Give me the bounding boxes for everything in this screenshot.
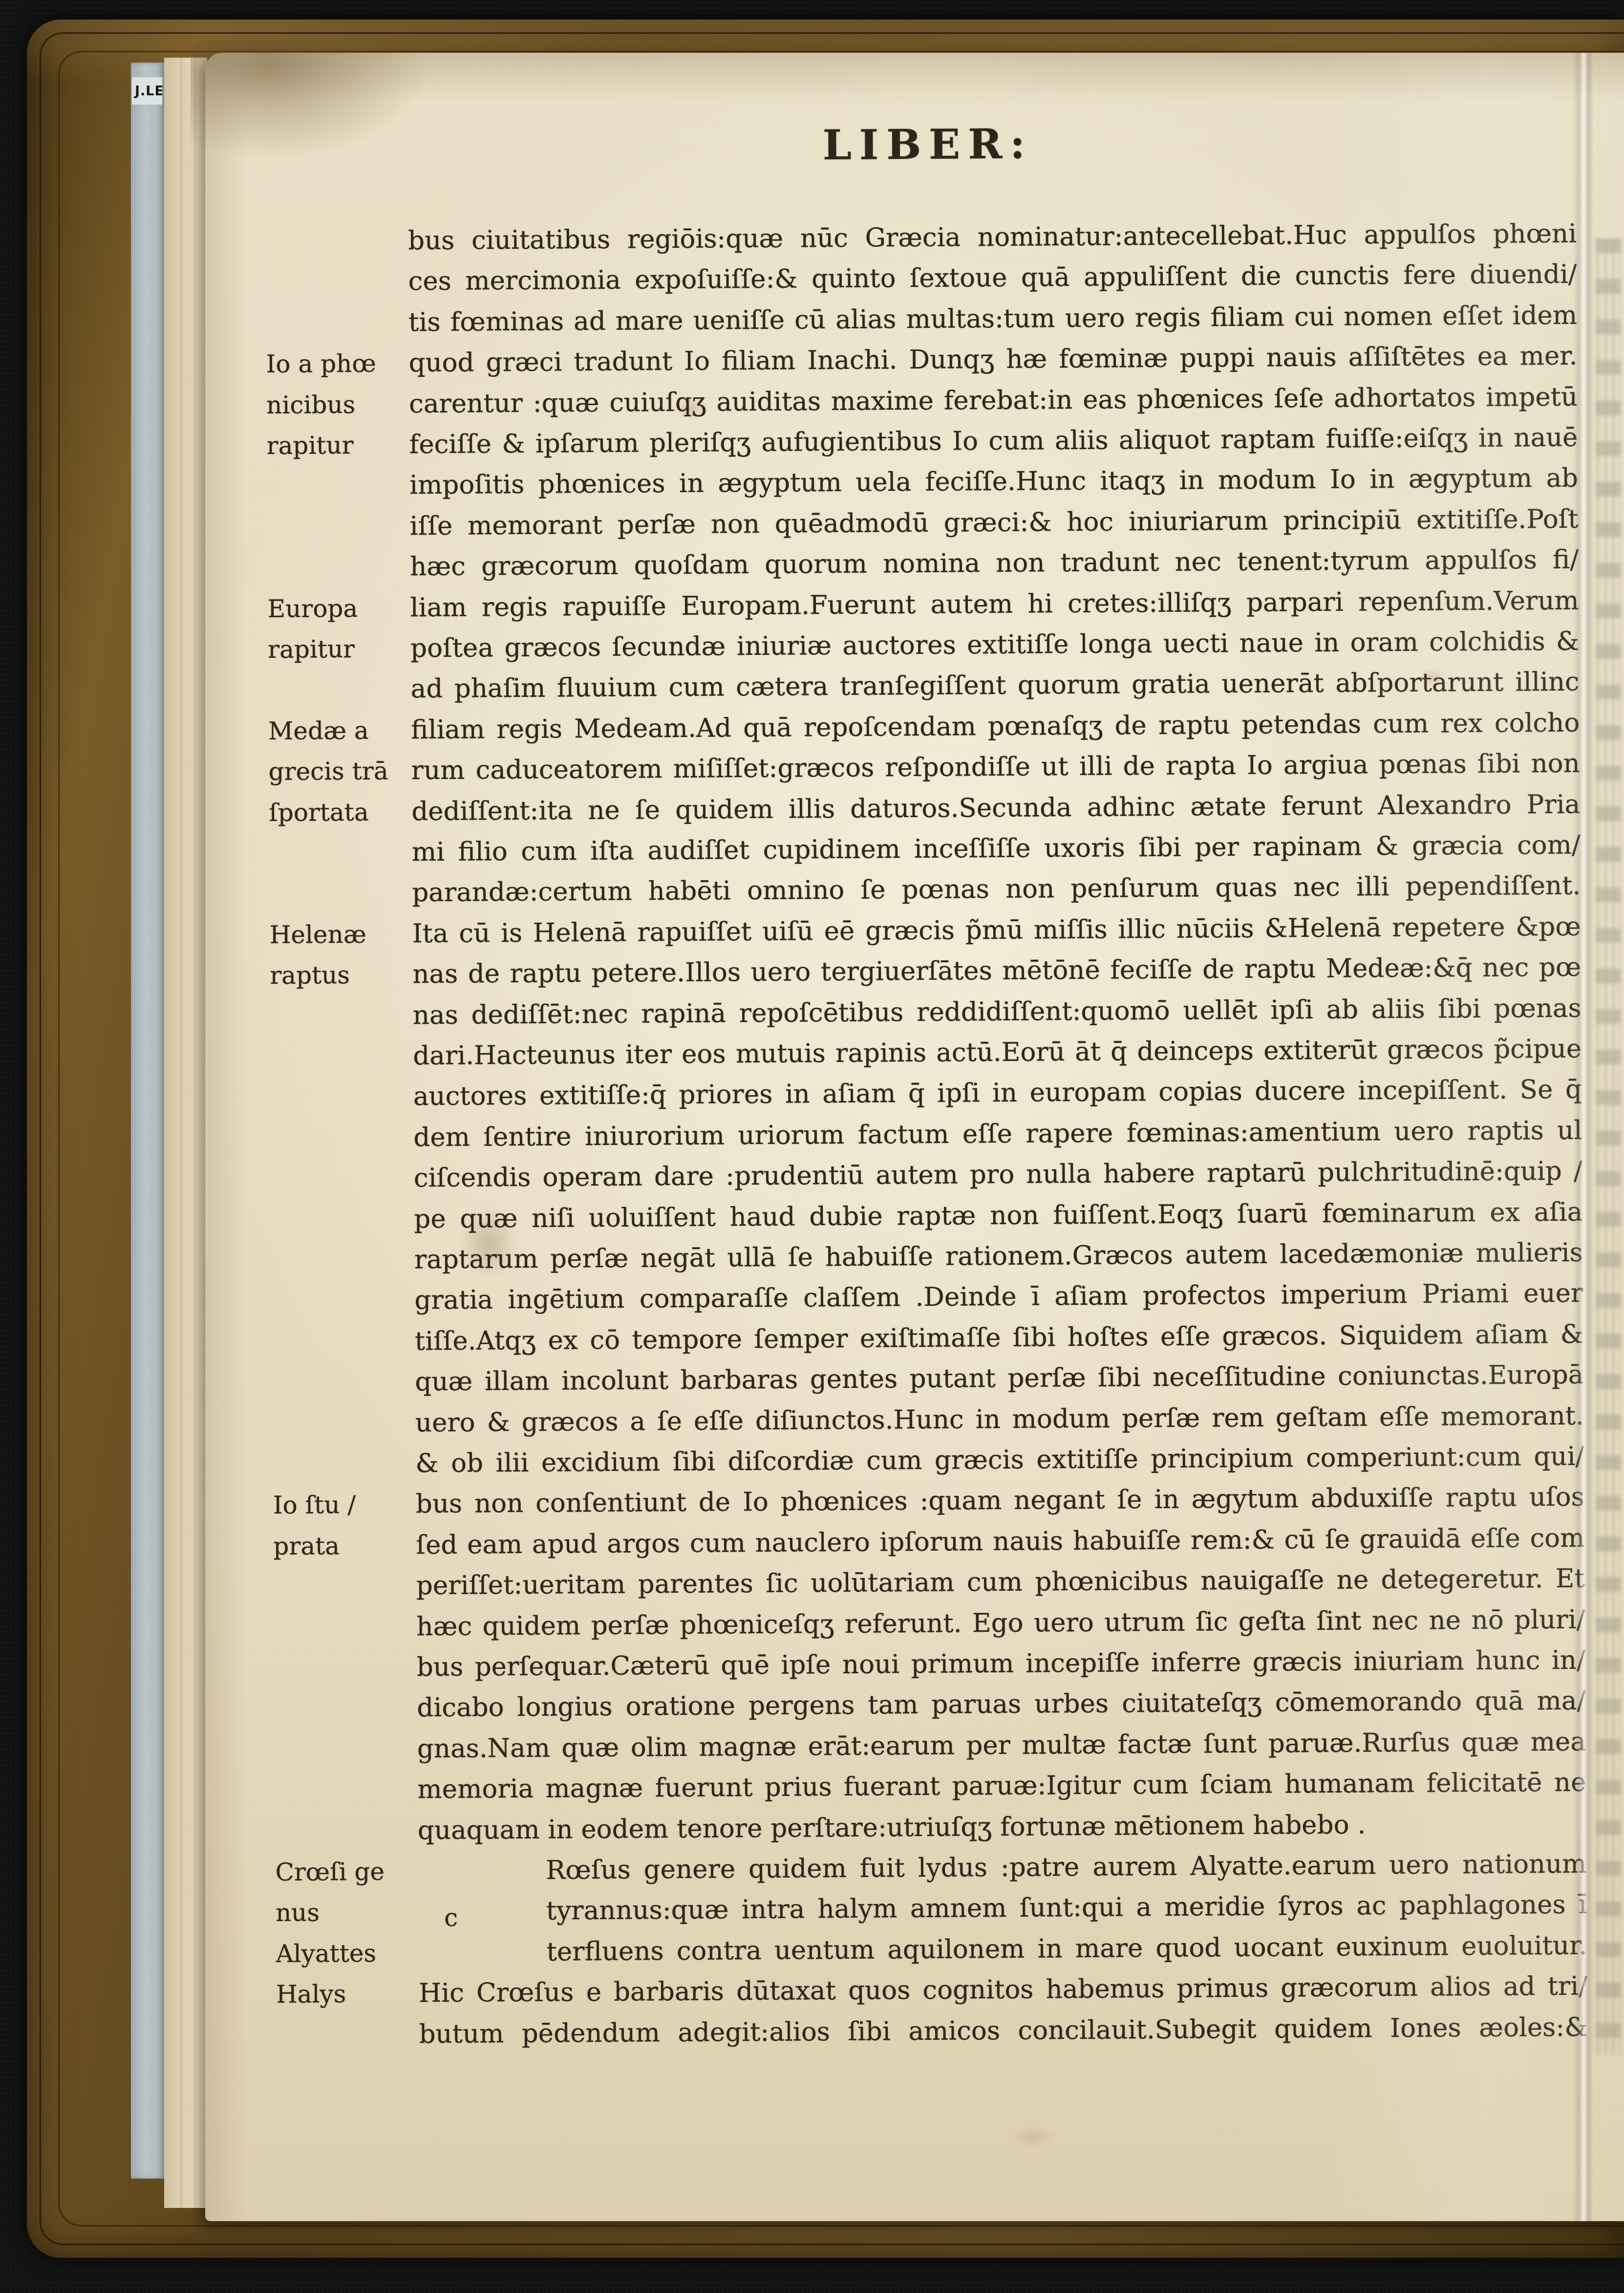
photo-backdrop: J.LE LIBER: c bus ciuitatibus regiōis:qu… [0, 0, 1624, 2293]
margin-note: grecis trā [269, 751, 406, 793]
printed-text-layer: LIBER: c bus ciuitatibus regiōis:quæ nūc… [199, 48, 1624, 2226]
body-line: tis fœminas ad mare ueniſſe cū alias mul… [408, 295, 1577, 343]
margin-note: Medæ a [268, 710, 406, 752]
body-line: nas dediſſēt:nec rapinā repoſcētibus red… [413, 988, 1581, 1036]
body-line: tiſſe.Atqʒ ex cō tempore ſemper exiſtima… [415, 1314, 1583, 1362]
body-line: Hic Crœſus e barbaris dūtaxat quos cogni… [419, 1966, 1587, 2014]
margin-note: prata [273, 1525, 410, 1567]
body-line: & ob ilii excidium ſibi diſcordiæ cum gr… [415, 1436, 1584, 1485]
body-line: nas de raptu petere.Illos uero tergiuerſ… [412, 947, 1581, 995]
body-line: quaquam in eodem tenore perſtare:utriuſq… [418, 1803, 1586, 1851]
body-line: tyrannus:quæ intra halym amnem ſunt:qui … [546, 1884, 1587, 1932]
body-line: butum pēdendum adegit:alios ſibi amicos … [419, 2007, 1587, 2055]
body-line: Rœſus genere quidem fuit lydus :patre au… [546, 1844, 1586, 1891]
body-line: raptarum perſæ negāt ullā ſe habuiſſe ra… [414, 1233, 1583, 1281]
flyleaf-edge: J.LE [131, 63, 164, 2179]
body-line: dem ſentire iniurorium uriorum factum eſ… [413, 1110, 1582, 1158]
body-line: auctores extitiſſe:q̄ priores in aſiam q… [413, 1069, 1582, 1118]
body-line: quæ illam incolunt barbaras gentes putan… [415, 1355, 1583, 1403]
margin-note: nus [276, 1892, 413, 1934]
margin-note: Halys [276, 1973, 413, 2015]
flyleaf-label: J.LE [132, 77, 162, 105]
body-line: rum caduceatorem miſiſſet:græcos reſpond… [411, 743, 1580, 792]
margin-note: Io ſtu / [273, 1484, 410, 1526]
margin-note: Helenæ [270, 913, 407, 955]
margin-note: Europa [267, 587, 405, 629]
body-line: liam regis rapuiſſe Europam.Fuerunt aute… [410, 580, 1579, 628]
body-line: parandæ:certum habēti omnino ſe pœnas no… [412, 865, 1581, 914]
flyleaf-label-text: J.LE [132, 84, 162, 99]
margin-note: rapitur [268, 628, 405, 670]
body-line: gratia ingētium comparaſſe claſſem .Dein… [414, 1273, 1583, 1321]
book-page: LIBER: c bus ciuitatibus regiōis:quæ nūc… [205, 53, 1624, 2221]
body-line: ciſcendis operam dare :prudentiū autem p… [414, 1151, 1582, 1199]
body-line: bus ciuitatibus regiōis:quæ nūc Græcia n… [408, 214, 1577, 262]
body-line: filiam regis Medeam.Ad quā repoſcendam p… [411, 702, 1580, 751]
body-line: gnas.Nam quæ olim magnæ erāt:earum per m… [417, 1721, 1586, 1770]
body-line: memoria magnæ fuerunt prius fuerant paru… [417, 1762, 1586, 1811]
page-header: LIBER: [781, 119, 1075, 170]
margin-note: ſportata [269, 791, 406, 833]
body-line: hæc quidem perſæ phœniceſqʒ referunt. Eg… [416, 1599, 1585, 1647]
body-line: mi filio cum iſta audiſſet cupidinem inc… [412, 825, 1581, 873]
body-line: impoſitis phœnices in ægyptum uela feciſ… [409, 458, 1578, 506]
margin-note: Crœſi ge [275, 1851, 412, 1893]
body-line: ſed eam apud argos cum nauclero ipſorum … [416, 1517, 1584, 1566]
body-line: terfluens contra uentum aquilonem in mar… [546, 1925, 1587, 1972]
margin-note: Io a phœ [266, 343, 403, 385]
body-line: carentur :quæ cuiuſqʒ auiditas maxime fe… [409, 376, 1578, 425]
page-edge-stack-1 [164, 58, 181, 2208]
body-line: Ita cū is Helenā rapuiſſet uiſū eē græci… [412, 906, 1581, 954]
body-line: poſtea græcos ſecundæ iniuriæ auctores e… [410, 621, 1579, 670]
guide-letter: c [444, 1897, 458, 1938]
margin-note: rapitur [266, 424, 404, 466]
body-line: iſſe memorant perſæ non quēadmodū græci:… [409, 498, 1578, 547]
margin-note: Alyattes [276, 1932, 413, 1974]
body-line: quod græci tradunt Io filiam Inachi. Dun… [408, 336, 1577, 384]
body-line: ad phaſim fluuium cum cætera tranſegiſſe… [410, 662, 1579, 710]
body-line: bus non conſentiunt de Io phœnices :quam… [416, 1477, 1584, 1525]
body-line: hæc græcorum quoſdam quorum nomina non t… [410, 540, 1579, 588]
body-line: dicabo longius oratione pergens tam paru… [417, 1681, 1585, 1729]
facing-page-ghost-text [1596, 238, 1621, 2055]
body-line: feciſſe & ipſarum pleriſqʒ aufugientibus… [409, 417, 1578, 466]
body-line: bus perſequar.Cæterū quē ipſe noui primu… [417, 1640, 1585, 1688]
body-line: periſſet:ueritam parentes ſic uolūtariam… [416, 1558, 1585, 1607]
body-line: pe quæ niſi uoluiſſent haud dubie raptæ … [414, 1191, 1582, 1240]
page-edge-stack-2 [181, 58, 194, 2208]
margin-note: raptus [270, 954, 407, 996]
body-line: uero & græcos a ſe eſſe diſiunctos.Hunc … [415, 1395, 1584, 1444]
margin-note: nicibus [266, 384, 404, 426]
body-line: ces mercimonia expoſuiſſe:& quinto ſexto… [408, 254, 1577, 303]
body-line: dari.Hacteunus iter eos mutuis rapinis a… [413, 1029, 1581, 1077]
gutter-fold [1573, 53, 1593, 2221]
body-line: dediſſent:ita ne ſe quidem illis daturos… [411, 784, 1580, 832]
